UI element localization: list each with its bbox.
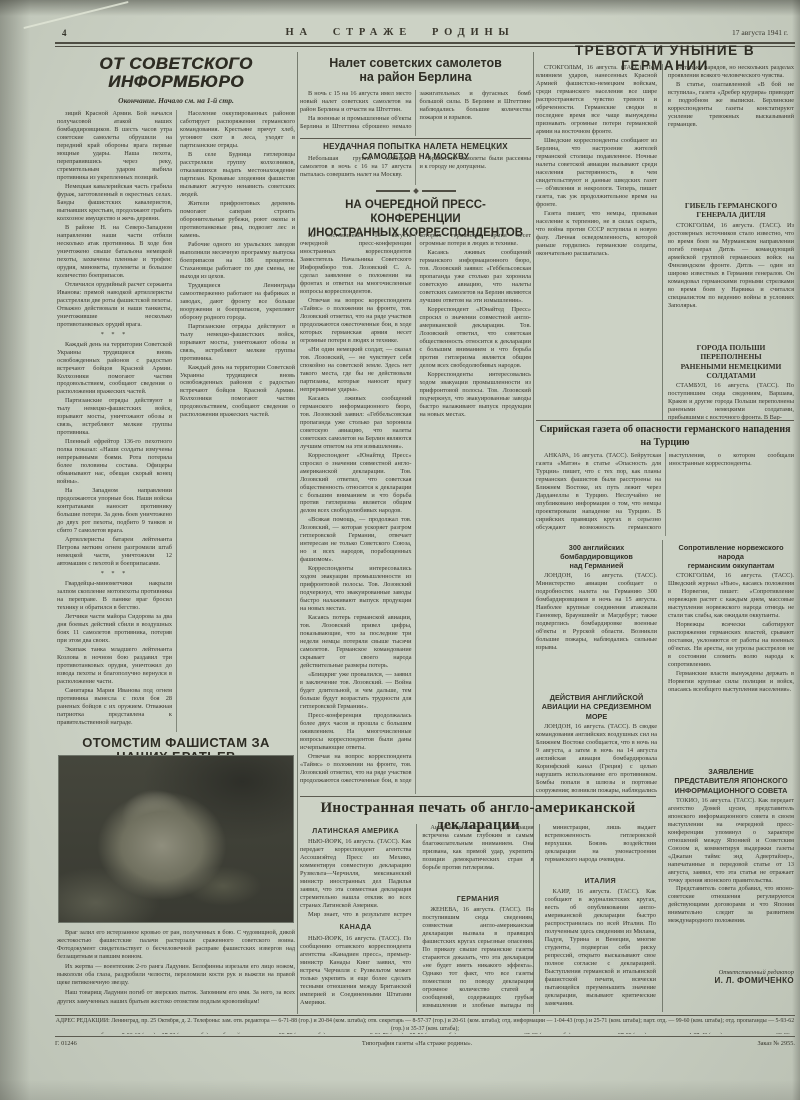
informbyuro-title: ОТ СОВЕТСКОГО ИНФОРМБЮРО [57,55,295,91]
informbyuro-subtitle: Окончание. Начало см. на 1-й стр. [57,96,295,105]
atrocity-photo [58,755,294,923]
footer-rule [55,1036,795,1037]
order-number: Заказ № 2955. [757,1040,795,1047]
column-rule [297,52,298,1014]
right-subcol-b: Сопротивление норвежского народа германс… [668,540,794,1012]
right-subcol-a: 300 английских бомбардировщиков над Герм… [536,540,657,796]
foreign-press-col-3: министрации, лишь выдает встревоженность… [539,824,656,1012]
norway-title: Сопротивление норвежского народа германс… [668,543,794,570]
moscow-raid-body: Небольшая группа немецких самолетов в но… [300,155,531,185]
issue-date: 17 августа 1941 г. [732,28,788,37]
germany-alarm-cont: не только нарядов, но нескольких раздела… [668,64,794,198]
editor-name: И. Л. ФОМИЧЕНКО [668,976,794,985]
foreign-press-col-1: ЛАТИНСКАЯ АМЕРИКА НЬЮ-ЙОРК, 16 августа. … [300,824,416,1012]
poland-wounded-body: СТАМБУЛ, 16 августа. (ТАСС). По поступив… [668,382,794,421]
column-rule [662,540,663,1012]
germany-alarm-col-a: СТОКГОЛЬМ, 16 августа. (ТАСС). Под влиян… [536,64,657,421]
latin-america-cont: Англо-американская декларация встречена … [422,824,533,892]
germany-alarm-col-b: не только нарядов, но нескольких раздела… [668,64,794,421]
address-line-2: отд. культуры и быта — 5-93-62 (гор.) и … [55,1033,795,1034]
japan-title: ЗАЯВЛЕНИЕ ПРЕДСТАВИТЕЛЯ ЯПОНСКОГО ИНФОРМ… [668,767,794,794]
japan-body: ТОКИО, 16 августа. (ТАСС). Как передает … [668,797,794,965]
page-number: 4 [62,28,67,38]
berlin-raid-body: В ночь с 15 на 16 августа имел место нов… [300,90,531,136]
italy-body: КАИР, 16 августа. (ТАСС). Как сообщают в… [545,888,656,1010]
latin-america-label: ЛАТИНСКАЯ АМЕРИКА [300,828,411,836]
germany-body: ЖЕНЕВА, 16 августа. (ТАСС). По поступивш… [422,906,533,1010]
mediterranean-title: ДЕЙСТВИЯ АНГЛИЙСКОЙ АВИАЦИИ НА СРЕДИЗЕМН… [536,693,657,720]
dietl-title: ГИБЕЛЬ ГЕРМАНСКОГО ГЕНЕРАЛА ДИТЛЯ [668,201,794,220]
norway-body: СТОКГОЛЬМ, 16 августа. (ТАСС). Шведский … [668,572,794,764]
editorial-address: АДРЕС РЕДАКЦИИ: Ленинград, пр. 25 Октябр… [55,1018,795,1034]
press-conference-body: На состоявшейся 16 августа очередной пре… [300,232,531,794]
censor-mark: Г. 01246 [55,1040,77,1047]
dietl-body: СТОКГОЛЬМ, 16 августа. (ТАСС). Из достов… [668,222,794,340]
section-rule [536,420,794,421]
berlin-raid-title: Налет советских самолетов на район Берли… [300,56,531,85]
newspaper-page: 4 НА СТРАЖЕ РОДИНЫ 17 августа 1941 г. ОТ… [0,0,800,1100]
footer-rule [55,1015,795,1016]
latin-america-body: НЬЮ-ЙОРК, 16 августа. (ТАСС). Как переда… [300,838,411,920]
editor-role: Ответственный редактор [668,969,794,976]
syria-title: Сирийская газета об опасности германског… [536,424,794,449]
germany-label: ГЕРМАНИЯ [422,896,533,904]
bombers-body: ЛОНДОН, 16 августа. (ТАСС). Министерство… [536,572,657,690]
column-rule [662,64,663,420]
photo-caption: Враг залил его истерзанное кровью от ран… [57,929,295,1013]
foreign-press-columns: ЛАТИНСКАЯ АМЕРИКА НЬЮ-ЙОРК, 16 августа. … [300,824,656,1012]
section-rule [300,138,531,139]
print-house: Типография газеты «На страже родины». [362,1040,473,1047]
mediterranean-body: ЛОНДОН, 16 августа. (ТАСС). В сводке ком… [536,723,657,796]
address-line-1: АДРЕС РЕДАКЦИИ: Ленинград, пр. 25 Октябр… [55,1018,795,1033]
foreign-press-col-2: Англо-американская декларация встречена … [416,824,538,1012]
poland-wounded-title: ГОРОДА ПОЛЬШИ ПЕРЕПОЛНЕНЫ РАНЕНЫМИ НЕМЕЦ… [668,343,794,381]
germany-cont: министрации, лишь выдает встревоженность… [545,824,656,874]
imprint-row: Г. 01246 Типография газеты «На страже ро… [55,1040,795,1047]
canada-label: КАНАДА [300,924,411,932]
italy-label: ИТАЛИЯ [545,878,656,886]
canada-body: НЬЮ-ЙОРК, 16 августа. (ТАСС). По сообщен… [300,935,411,1012]
masthead: НА СТРАЖЕ РОДИНЫ [150,27,650,38]
section-rule [300,796,656,797]
bombers-title: 300 английских бомбардировщиков над Герм… [536,543,657,570]
editor-signature: Ответственный редактор И. Л. ФОМИЧЕНКО [668,969,794,985]
syria-body: АНКАРА, 16 августа. (ТАСС). Бейрутская г… [536,452,794,536]
section-ornament [300,189,531,193]
scan-fold-mark [23,1,128,29]
informbyuro-body: зиций Красной Армии. Бой начался получас… [57,110,295,732]
